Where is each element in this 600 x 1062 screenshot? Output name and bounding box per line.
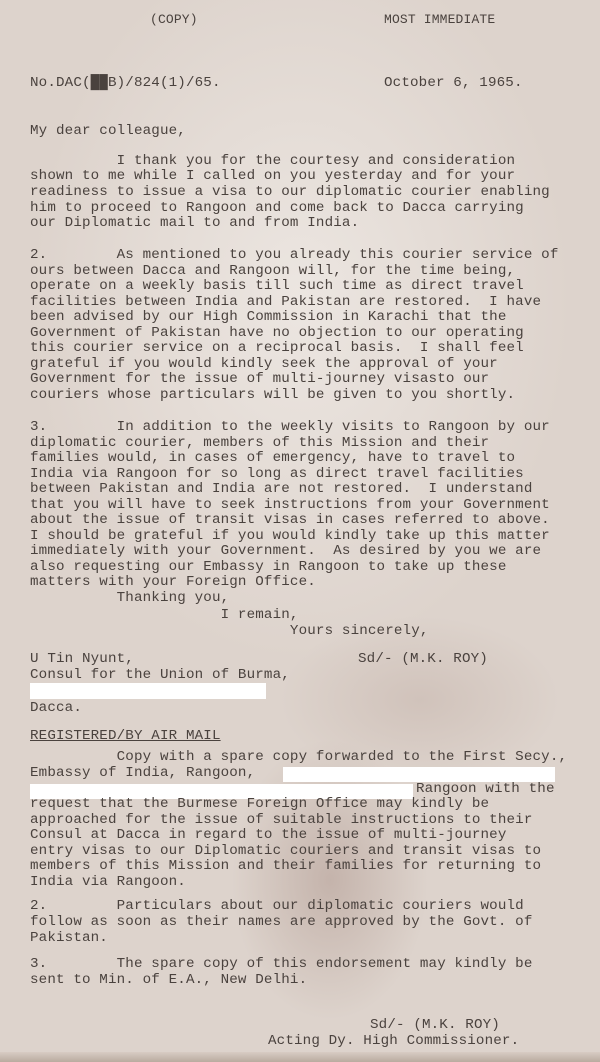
text-line: couriers whose particulars will be given… [30, 388, 515, 404]
text-line: immediately with your Government. As des… [30, 544, 541, 560]
text-line: 3. The spare copy of this endorsement ma… [30, 957, 533, 973]
endorsement-signature: Sd/- (M.K. ROY) [370, 1018, 500, 1034]
addressee-title: Consul for the Union of Burma, [30, 668, 290, 684]
priority-label: MOST IMMEDIATE [384, 12, 495, 28]
text-line: Copy with a spare copy forwarded to the … [30, 750, 567, 766]
thanks-line: Thanking you, [30, 591, 229, 607]
remain-line: I remain, [30, 608, 299, 624]
text-line: matters with your Foreign Office. [30, 575, 316, 591]
text-line: between Pakistan and India are not resto… [30, 482, 533, 498]
text-line: our Diplomatic mail to and from India. [30, 216, 359, 232]
text-line: 2. As mentioned to you already this cour… [30, 248, 559, 264]
text-line: members of this Mission and their famili… [30, 859, 541, 875]
letter-page: (COPY) MOST IMMEDIATE No.DAC(██B)/824(1)… [0, 0, 600, 1062]
addressee-city: Dacca. [30, 701, 82, 717]
text-line: request that the Burmese Foreign Office … [30, 797, 489, 813]
text-line: sent to Min. of E.A., New Delhi. [30, 973, 307, 989]
copy-label: (COPY) [150, 12, 198, 28]
text-line: follow as soon as their names are approv… [30, 915, 533, 931]
redaction-box [30, 683, 266, 699]
sincerely-line: Yours sincerely, [30, 624, 429, 640]
redaction-box [283, 767, 555, 782]
text-line: Pakistan. [30, 931, 108, 947]
text-line: been advised by our High Commission in K… [30, 310, 507, 326]
text-line: India via Rangoon. [30, 875, 186, 891]
text-line: 3. In addition to the weekly visits to R… [30, 420, 550, 436]
reference-number: No.DAC(██B)/824(1)/65. [30, 76, 221, 92]
text-line: Consul at Dacca in regard to the issue o… [30, 828, 507, 844]
text-line: families would, in cases of emergency, h… [30, 451, 515, 467]
text-line: about the issue of transit visas in case… [30, 513, 550, 529]
text-line: shown to me while I called on you yester… [30, 169, 515, 185]
text-line: 2. Particulars about our diplomatic cour… [30, 899, 524, 915]
signatory-designation: Acting Dy. High Commissioner. [268, 1034, 519, 1050]
letter-date: October 6, 1965. [384, 76, 523, 92]
text-line: operate on a weekly basis till such time… [30, 279, 524, 295]
text-line: Embassy of India, Rangoon, [30, 766, 255, 782]
text-line: this courier service on a reciprocal bas… [30, 341, 524, 357]
salutation: My dear colleague, [30, 124, 186, 140]
text-line: Government for the issue of multi-journe… [30, 372, 489, 388]
text-line: readiness to issue a visa to our diploma… [30, 185, 550, 201]
sender-signature: Sd/- (M.K. ROY) [358, 652, 488, 668]
endorsement-heading: REGISTERED/BY AIR MAIL [30, 729, 221, 745]
paper-edge [0, 1052, 600, 1062]
addressee-name: U Tin Nyunt, [30, 652, 134, 668]
